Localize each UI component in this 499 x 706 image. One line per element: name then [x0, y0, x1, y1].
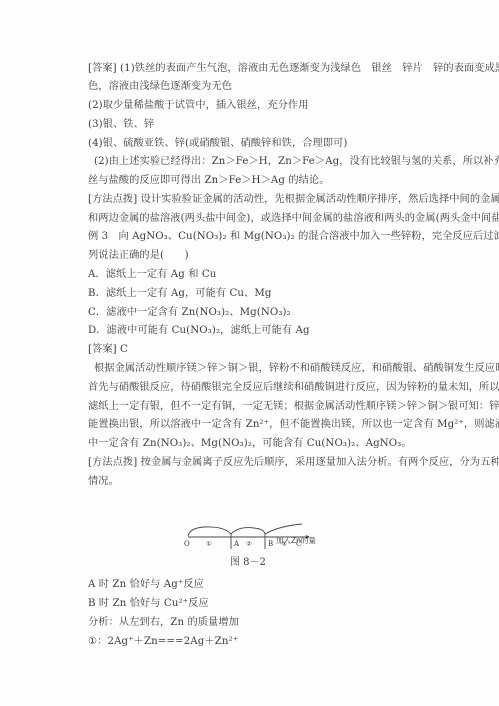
- point-b-note: B 时 Zn 恰好与 Cu²⁺反应: [88, 597, 424, 611]
- axis-label: 加入Zn的量: [276, 536, 316, 546]
- segment-2-label: ②: [246, 540, 252, 548]
- option-d: D．滤液中可能有 Cu(NO₃)₂，滤纸上可能有 Ag: [88, 324, 424, 338]
- explanation-line-1: (2)由上述实验已经得出：Zn＞Fe＞H，Zn＞Fe＞Ag，没有比较银与氢的关系…: [94, 155, 430, 169]
- method-tip-line-1: [方法点拨] 设计实验验证金属的活动性，先根据金属活动性顺序排序，然后选择中间的…: [88, 193, 424, 207]
- answer-c: [答案] C: [88, 343, 424, 357]
- reaction-equation-1: ①：2Ag⁺＋Zn===2Ag＋Zn²⁺: [88, 635, 424, 649]
- solution-line-3: 滤纸上一定有银，但不一定有铜，一定无镁；根据金属活动性顺序镁＞锌＞铜＞银可知：锌: [88, 400, 424, 414]
- document-page: [答案] (1)铁丝的表面产生气泡，溶液由无色逐渐变为浅绿色 银丝 锌片 锌的表…: [0, 0, 499, 706]
- option-b: B．滤纸上一定有 Ag，可能有 Cu、Mg: [88, 287, 424, 301]
- answer-step-4: (4)银、硫酸亚铁、锌(或硝酸银、硝酸锌和铁，合理即可): [88, 137, 424, 151]
- method-tip-2-line-1: [方法点拨] 按金属与金属离子反应先后顺序，采用逐量加入法分析。有两个反应，分为…: [88, 456, 424, 470]
- figure-caption: 图 8－2: [230, 556, 266, 570]
- answer-line-1: [答案] (1)铁丝的表面产生气泡，溶液由无色逐渐变为浅绿色 银丝 锌片 锌的表…: [88, 62, 424, 76]
- example-3-question-line-2: 列说法正确的是( ): [88, 249, 424, 263]
- solution-line-5: 中一定含有 Zn(NO₃)₂、Mg(NO₃)₂，可能含有 Cu(NO₃)₂、Ag…: [88, 437, 424, 451]
- explanation-line-2: 丝与盐酸的反应即可得出 Zn＞Fe＞H＞Ag 的结论。: [88, 174, 424, 188]
- solution-line-2: 首先与硝酸银反应，待硝酸银完全反应后继续和硝酸铜进行反应，因为锌粉的量未知，所以: [88, 381, 424, 395]
- point-o-label: O: [184, 540, 190, 548]
- solution-line-4: 能置换出银，所以溶液中一定含有 Zn²⁺，但不能置换出镁，所以也一定含有 Mg²…: [88, 418, 424, 432]
- solution-line-1: 根据金属活动性顺序镁＞锌＞铜＞银，锌粉不和硝酸镁反应，和硝酸银、硝酸铜发生反应时: [94, 362, 430, 376]
- point-a-note: A 时 Zn 恰好与 Ag⁺反应: [88, 578, 424, 592]
- point-a-label: A: [233, 540, 240, 548]
- analysis-line: 分析：从左到右，Zn 的质量增加: [88, 616, 424, 630]
- point-b-label: B: [268, 540, 273, 548]
- option-a: A．滤纸上一定有 Ag 和 Cu: [88, 268, 424, 282]
- answer-step-3: (3)银、铁、锌: [88, 118, 424, 132]
- method-tip-2-line-2: 情况。: [88, 475, 424, 489]
- answer-line-2: 色，溶液由浅绿色逐渐变为无色: [88, 80, 424, 94]
- answer-step-2: (2)取少量稀盐酸于试管中，插入银丝，充分作用: [88, 99, 424, 113]
- example-3-question-line-1: 例 3 向 AgNO₃、Cu(NO₃)₂ 和 Mg(NO₃)₂ 的混合溶液中加入…: [88, 230, 424, 244]
- method-tip-line-2: 和两边金属的盐溶液(两头盐中间金)，或选择中间金属的盐溶液和两头的金属(两头金中…: [88, 212, 424, 226]
- option-c: C．滤液中一定含有 Zn(NO₃)₂、Mg(NO₃)₂: [88, 306, 424, 320]
- segment-1-label: ①: [206, 540, 212, 548]
